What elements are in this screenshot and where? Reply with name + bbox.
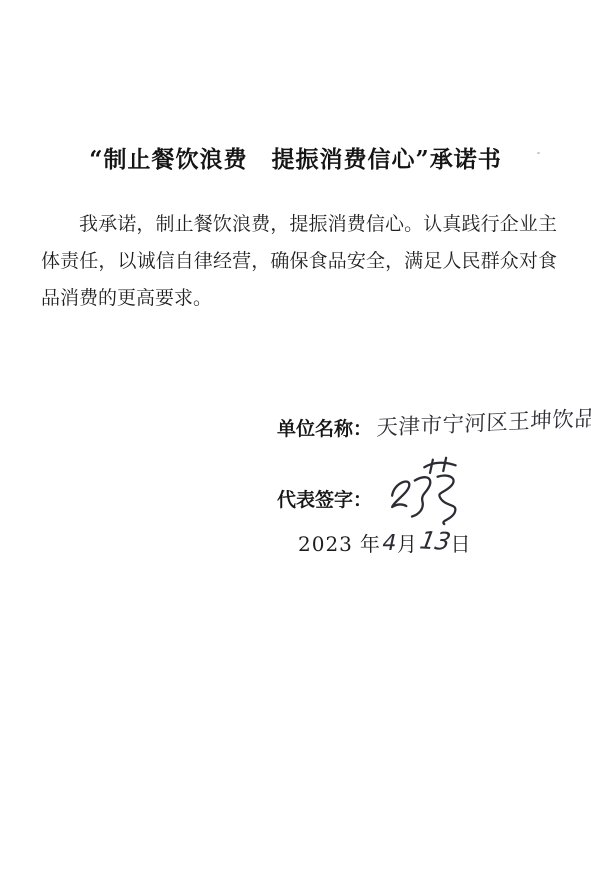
commitment-paragraph: 我承诺，制止餐饮浪费，提振消费信心。认真践行企业主体责任，以诚信自律经营，确保食… (41, 206, 557, 317)
date-month-handwritten: 4 (379, 531, 398, 556)
signature-label: 代表签字： (277, 485, 372, 512)
unit-name-row: 单位名称： 天津市宁河区王坤饮品店 (277, 414, 591, 445)
date-year-unit: 年 (360, 532, 381, 556)
unit-name-label: 单位名称： (277, 414, 372, 441)
document-title: “制止餐饮浪费 提振消费信心”承诺书 (0, 141, 591, 174)
date-line: 2023年4月13日 (298, 528, 471, 557)
scan-speck (537, 152, 540, 154)
handwritten-signature-scribble (382, 454, 478, 526)
unit-name-value-handwritten: 天津市宁河区王坤饮品店 (376, 400, 591, 442)
date-year: 2023 (298, 532, 353, 556)
date-day-unit: 日 (450, 532, 471, 556)
document-page: “制止餐饮浪费 提振消费信心”承诺书 我承诺，制止餐饮浪费，提振消费信心。认真践… (0, 0, 591, 886)
signature-row: 代表签字： (277, 470, 478, 526)
